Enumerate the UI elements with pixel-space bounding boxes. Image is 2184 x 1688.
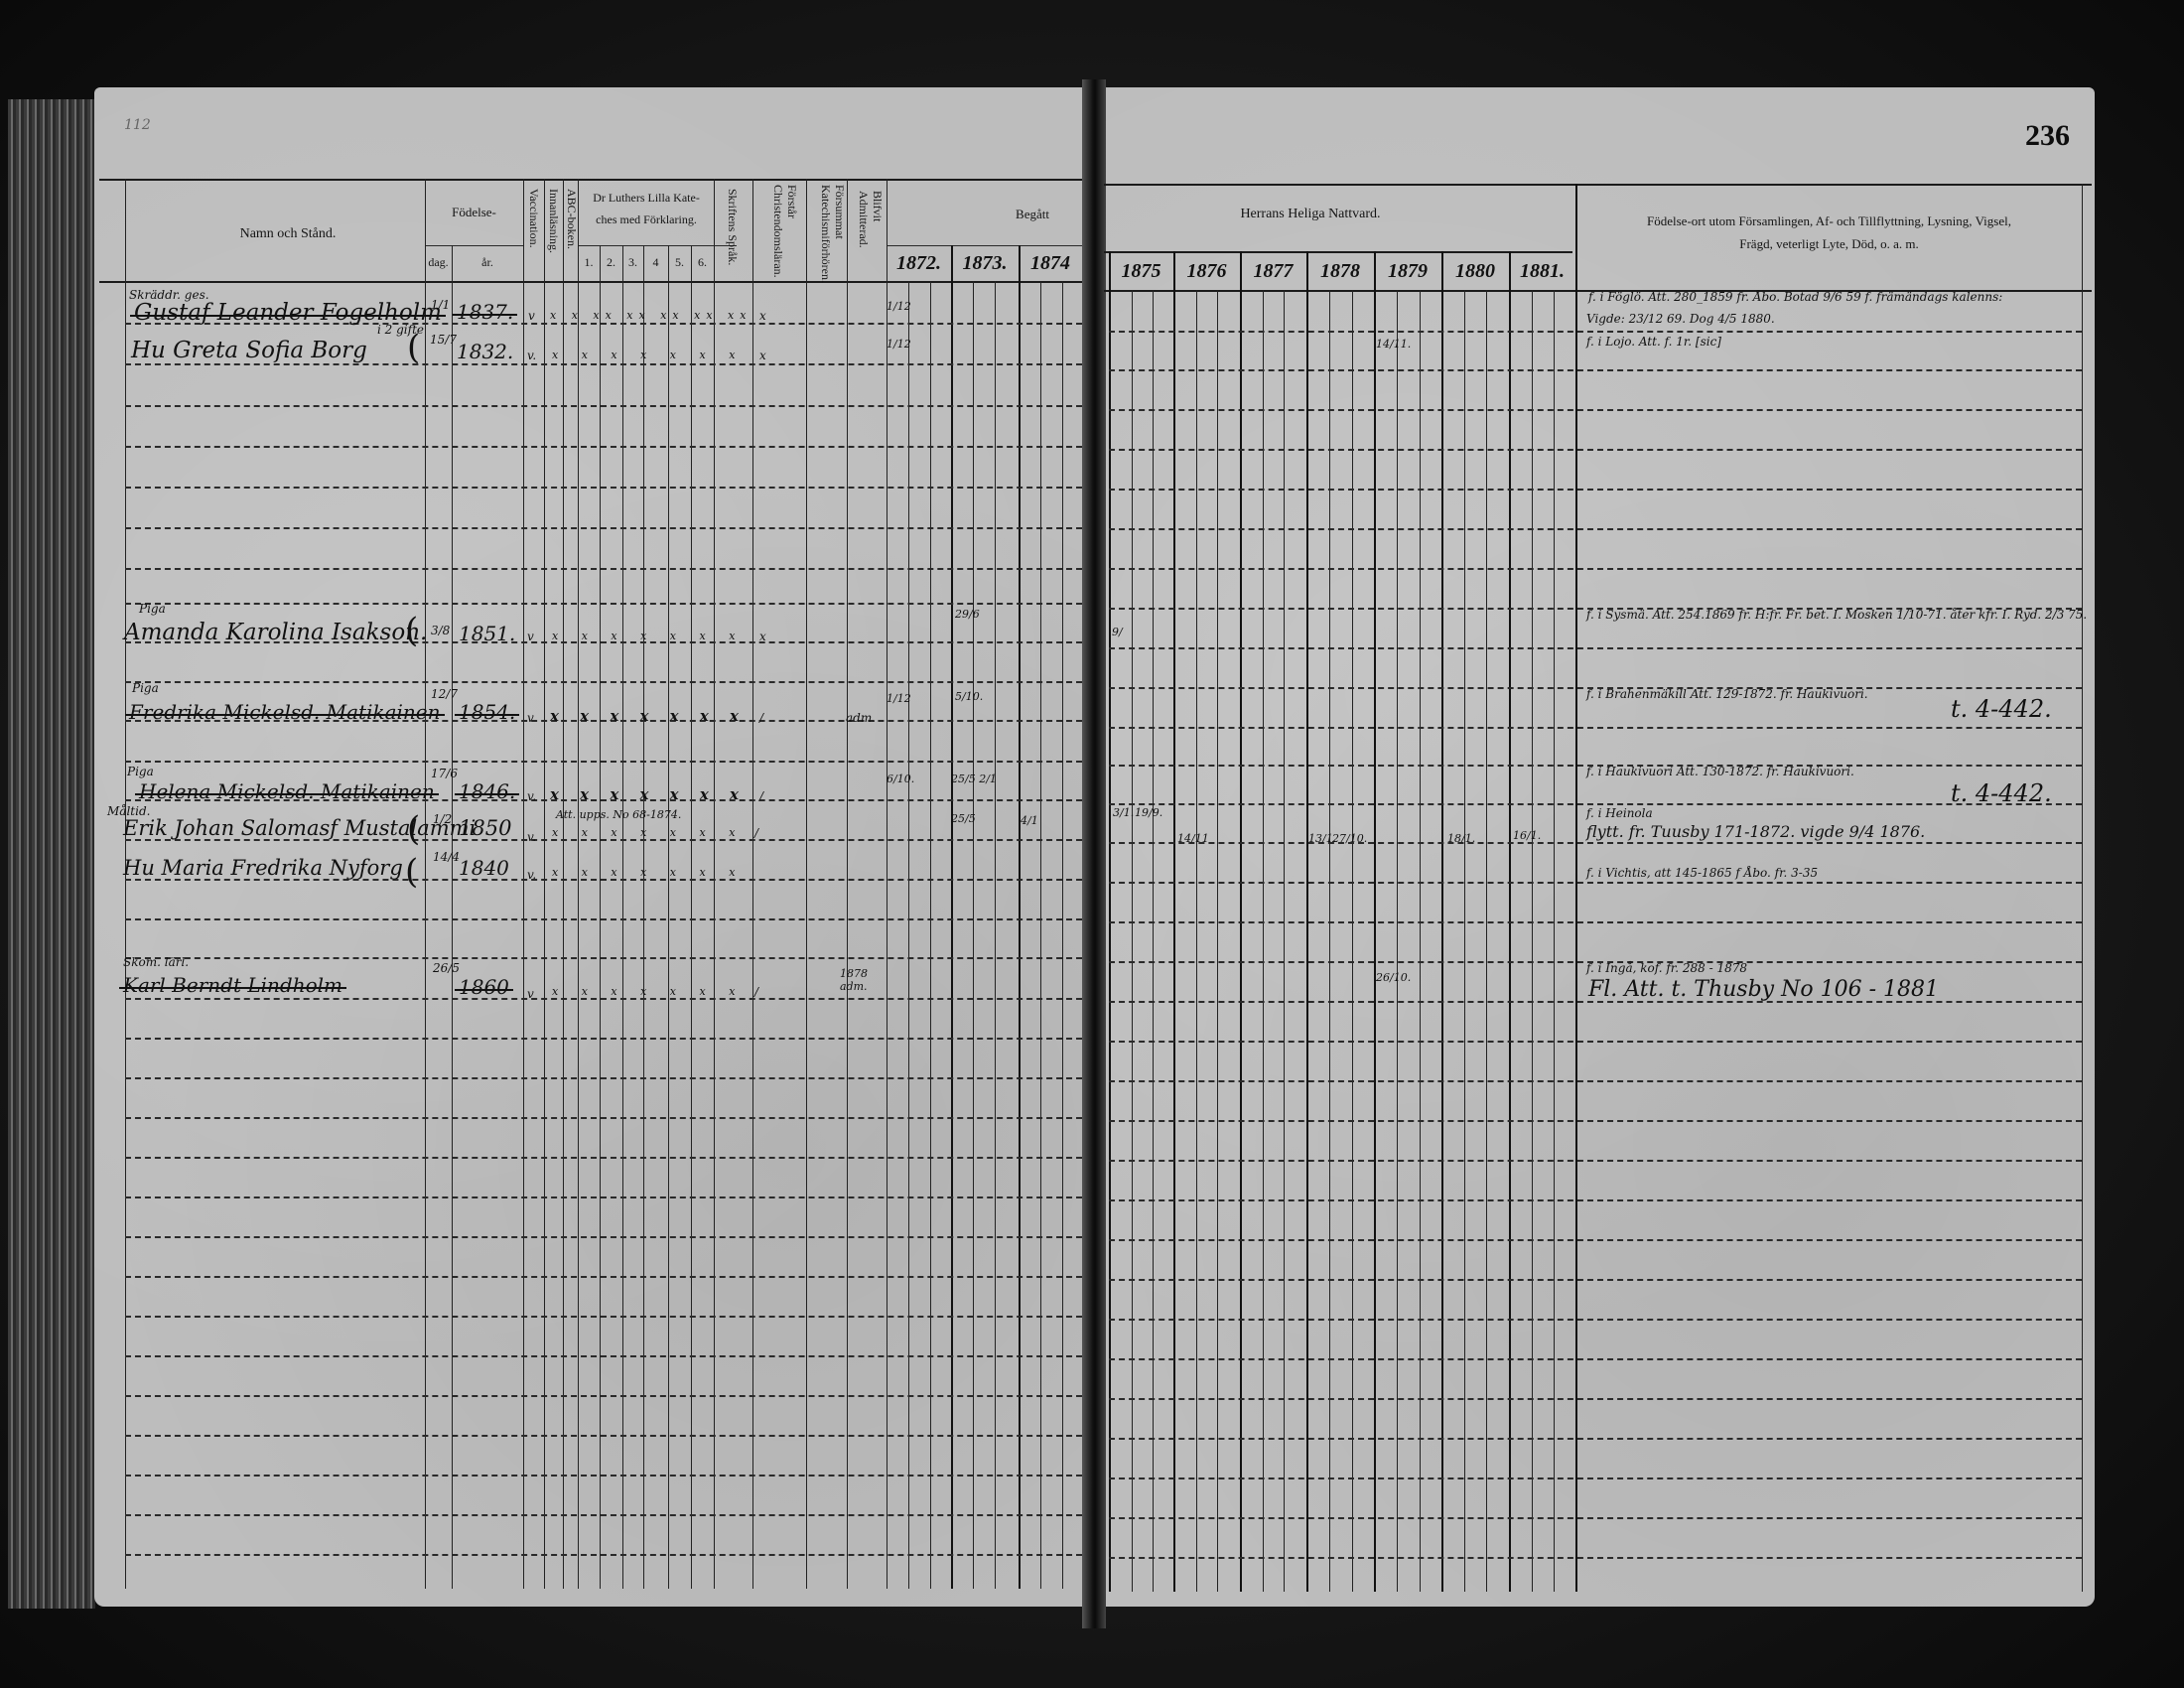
entry-name: Erik Johan Salomasf Mustalammi (123, 816, 476, 840)
entry-remark-2: flytt. fr. Tuusby 171-1872. vigde 9/4 18… (1586, 822, 1925, 841)
row-rule (125, 1435, 1082, 1437)
entry-communion-1874: 29/6 (955, 608, 980, 621)
entry-admitted: 6/10. (887, 773, 914, 785)
begatt-sub-rule (887, 245, 1082, 246)
row-rule (1109, 1239, 2082, 1241)
year-header-1881: 1881. (1509, 260, 1575, 283)
row-rule (1109, 528, 2082, 530)
page-number: 236 (2025, 119, 2070, 153)
row-rule (1109, 882, 2082, 884)
header-catechism-col: 4 (643, 255, 668, 269)
entry-marks: x x x x x x x (552, 630, 745, 642)
header-vaccination: Vaccination. (526, 189, 540, 278)
entry-scripture: / (754, 985, 758, 999)
row-rule (1109, 803, 2082, 805)
header-admitted: Blifvit Admitterad. (856, 191, 884, 276)
row-rule (1109, 1477, 2082, 1479)
entry-communion-1881: 16/1. (1513, 829, 1541, 842)
row-rule (1109, 449, 2082, 451)
entry-admitted: 1/12 (887, 692, 911, 705)
header-remarks-line2: Frägd, veterligt Lyte, Död, o. a. m. (1578, 236, 2080, 252)
row-rule (1109, 1080, 2082, 1082)
entry-birth-year: 1846. (459, 779, 515, 803)
entry-remark: f. i Föglö. Att. 280_1859 fr. Åbo. Botad… (1588, 290, 2002, 304)
row-rule (1109, 647, 2082, 649)
entry-name: Karl Berndt Lindholm (123, 973, 342, 997)
header-holy-communion: Herrans Heliga Nattvard. (1181, 207, 1439, 223)
entry-vaccination: v (527, 987, 534, 1001)
grid-line (1352, 290, 1353, 1592)
row-rule (1109, 727, 2082, 729)
entry-vaccination: v. (527, 868, 536, 882)
entry-birth-day: 1/2 (433, 812, 452, 826)
grid-line (887, 179, 887, 1589)
row-rule (125, 1276, 1082, 1278)
row-rule (125, 1514, 1082, 1516)
header-name-and-rank: Namn och Stånd. (199, 226, 377, 243)
entry-birth-year: 1860 (459, 975, 509, 999)
grid-line (1554, 290, 1555, 1592)
catechism-sub-rule (578, 245, 737, 246)
entry-scripture: x (759, 630, 766, 643)
entry-missed: adm. (846, 711, 876, 725)
header-understands-christianity: Förstår Christendomsläran. (764, 185, 798, 278)
entry-birth-year: 1854. (459, 700, 515, 724)
row-rule (125, 1395, 1082, 1397)
entry-title: Piga (127, 765, 154, 778)
entry-birth-day: 1/1 (431, 298, 450, 312)
entry-name: Fredrika Mickelsd. Matikainen (129, 700, 441, 724)
entry-scripture: / (759, 789, 763, 803)
bracket-mark: ( (407, 328, 420, 367)
row-rule (1109, 1279, 2082, 1281)
entry-birth-day: 14/4 (433, 850, 460, 864)
header-catechism-col: 3. (622, 255, 643, 269)
header-catechism-line2: ches med Förklaring. (579, 212, 714, 226)
year-header-1872: 1872. (887, 252, 951, 275)
row-rule (125, 527, 1082, 529)
entry-vaccination: v. (527, 830, 536, 844)
grid-line (1329, 290, 1330, 1592)
entry-birth-year: 1832. (457, 340, 513, 363)
row-rule (1109, 409, 2082, 411)
grid-line (1486, 290, 1487, 1592)
row-rule (125, 1157, 1082, 1159)
row-rule (1109, 1517, 2082, 1519)
row-rule (1109, 1438, 2082, 1440)
header-begatt: Begått (1003, 207, 1062, 222)
grid-line (578, 179, 579, 1589)
row-rule (1109, 1398, 2082, 1400)
header-birth-year: år. (452, 255, 523, 269)
grid-line (544, 179, 545, 1589)
entry-communion-1874: 25/5 2/1 (951, 773, 997, 785)
row-rule (125, 1196, 1082, 1198)
row-rule (125, 1355, 1082, 1357)
entry-title: Piga (139, 602, 166, 616)
entry-remark: f. i Heinola (1586, 806, 1653, 820)
header-top-rule (1104, 184, 2092, 186)
row-rule (125, 1236, 1082, 1238)
entry-missed: 1878 adm. (840, 967, 884, 993)
entry-remark-reference: t. 4-442. (1951, 695, 2052, 723)
grid-line (1153, 290, 1154, 1592)
entry-communion-1874: 5/10. (955, 690, 983, 703)
row-rule (125, 446, 1082, 448)
grid-line (1263, 290, 1264, 1592)
grid-line (908, 281, 909, 1589)
row-rule (125, 681, 1082, 683)
row-rule (125, 405, 1082, 407)
row-rule (1109, 1319, 2082, 1321)
row-rule (125, 1554, 1082, 1556)
header-missed-catechism: Försummat Katechismiförhören. (816, 185, 846, 278)
entry-birth-day: 15/7 (430, 333, 457, 347)
entry-birth-day: 17/6 (431, 767, 458, 780)
entry-marks: x x x x x x x (552, 985, 745, 998)
grid-line (930, 281, 931, 1589)
grid-line (523, 179, 524, 1589)
entry-title: Skom. lärl. (123, 955, 189, 969)
grid-line (1397, 290, 1398, 1592)
header-catechism-col: 5. (668, 255, 691, 269)
row-rule (125, 568, 1082, 570)
entry-marks: x x x x x x x (552, 349, 745, 361)
row-rule (125, 761, 1082, 763)
row-rule (1109, 1358, 2082, 1360)
header-remarks-line1: Födelse-ort utom Församlingen, Af- och T… (1578, 213, 2080, 229)
grid-line (2082, 184, 2083, 1592)
corner-mark: 112 (124, 117, 151, 133)
row-rule (1109, 921, 2082, 923)
grid-line (563, 179, 564, 1589)
row-rule (1109, 1199, 2082, 1201)
row-rule (1109, 1041, 2082, 1043)
entry-title: Piga (132, 681, 159, 695)
entry-remark: f. i Haukivuori Att. 130-1872. fr. Hauki… (1586, 765, 1854, 778)
entry-marks: x x x x x x x (550, 785, 747, 803)
entry-vaccination: v (527, 630, 534, 643)
entry-vaccination: v (528, 309, 535, 323)
row-rule (125, 1038, 1082, 1040)
row-rule (125, 918, 1082, 920)
book-gutter (1082, 79, 1106, 1628)
year-header-1873: 1873. (951, 252, 1019, 275)
entry-scripture: x (759, 309, 766, 323)
row-rule (1109, 1120, 2082, 1122)
grid-line (1217, 290, 1218, 1592)
entry-remark: Vigde: 23/12 69. Dog 4/5 1880. (1586, 312, 1775, 326)
row-rule (125, 1077, 1082, 1079)
header-catechism-col: 6. (691, 255, 714, 269)
header-birth: Födelse- (425, 205, 523, 220)
entry-scripture: / (759, 711, 763, 725)
entry-vaccination: v. (527, 789, 536, 803)
entry-marks: x x x x x x x (552, 866, 745, 879)
year-header-1874: 1874 (1019, 252, 1082, 275)
entry-communion-1879: 26/10. (1376, 971, 1411, 984)
row-rule (1109, 369, 2082, 371)
header-reading: Innanläsning. (546, 189, 560, 278)
row-rule (1109, 842, 2082, 844)
entry-communion-1874b: 4/1 (1021, 814, 1038, 827)
row-rule (125, 1117, 1082, 1119)
header-abc-book: ABC-boken. (564, 189, 578, 278)
grid-line (1420, 290, 1421, 1592)
entry-communion-1875: 9/ (1112, 626, 1123, 638)
entry-admitted: 1/12 (887, 300, 911, 313)
grid-line (1532, 290, 1533, 1592)
grid-line (1132, 290, 1133, 1592)
grid-line (1040, 281, 1041, 1589)
entry-communion-1875b: 19/9. (1135, 806, 1162, 819)
header-bottom-rule (99, 281, 1082, 283)
row-rule (1109, 568, 2082, 570)
entry-vaccination: v. (527, 349, 536, 362)
year-header-1877: 1877 (1240, 260, 1306, 283)
entry-communion-1875: 3/1. (1113, 806, 1134, 819)
row-rule (125, 1475, 1082, 1477)
row-rule (1109, 489, 2082, 491)
entry-birth-day: 3/8 (431, 624, 450, 637)
entry-remark-2: f. i Lojo. Att. f. 1r. [sic] (1586, 335, 1721, 349)
entry-remark: f. i Sysmä. Att. 254.1869 fr. H:fr. Fr. … (1586, 608, 2087, 622)
year-header-1875: 1875 (1109, 260, 1173, 283)
entry-name: Helena Mickelsd. Matikainen (139, 779, 435, 803)
entry-name: Hu Maria Fredrika Nyforg (123, 856, 403, 880)
grid-line (973, 281, 974, 1589)
entry-admitted: 1/12 (887, 338, 911, 351)
entry-name: Amanda Karolina Isakson. (124, 620, 427, 645)
birth-sub-rule (425, 245, 523, 246)
entry-marks: x x x x x x x (550, 707, 747, 725)
entry-remark: f. i Ingå, kof. fr. 288 - 1878 (1586, 961, 1747, 975)
entry-remark: f. i Vichtis, att 145-1865 f Åbo. fr. 3-… (1586, 866, 1818, 880)
grid-line (1062, 281, 1063, 1589)
row-rule (1109, 1557, 2082, 1559)
row-rule (125, 998, 1082, 1000)
entry-birth-year: 1837. (457, 300, 513, 324)
grid-line (847, 179, 848, 1589)
grid-line (714, 179, 715, 1589)
year-header-1878: 1878 (1306, 260, 1374, 283)
grid-line (752, 179, 753, 1589)
entry-scripture: x (759, 349, 766, 362)
row-rule (1109, 1160, 2082, 1162)
row-rule (125, 957, 1082, 959)
entry-vaccination: v (527, 711, 534, 725)
grid-line (125, 179, 126, 1589)
header-catechism-line1: Dr Luthers Lilla Kate- (579, 191, 714, 205)
header-catechism-col: 2. (600, 255, 622, 269)
row-rule (125, 1316, 1082, 1318)
entry-communion-1878: 14/11. (1376, 338, 1411, 351)
grid-line (806, 179, 807, 1589)
header-top-rule (99, 179, 1082, 181)
entry-marks: x x xx xx xx xx xx (550, 309, 751, 322)
header-scripture: Skriftens Språk. (725, 189, 739, 278)
grid-line (1284, 290, 1285, 1592)
entry-communion-1878b: 27/10. (1332, 832, 1367, 845)
entry-communion-1874: 25/5 (951, 812, 976, 825)
entry-birth-year: 1840 (459, 856, 509, 880)
bracket-mark: ( (405, 611, 418, 650)
year-header-1879: 1879 (1374, 260, 1441, 283)
entry-communion-1876: 14/11 (1177, 832, 1209, 845)
book-page-edges (8, 99, 95, 1609)
entry-communion-1880: 18/1. (1447, 832, 1475, 845)
grid-line (1464, 290, 1465, 1592)
entry-birth-year: 1850 (459, 816, 511, 840)
row-rule (125, 363, 1082, 365)
row-rule (1109, 331, 2082, 333)
entry-remark-2: Fl. Att. t. Thusby No 106 - 1881 (1588, 977, 1939, 1002)
entry-remark: f. i Brahenmäkill Att. 129-1872. fr. Hau… (1586, 687, 1868, 701)
bracket-mark: ( (405, 852, 418, 892)
grid-line (1196, 290, 1197, 1592)
entry-name: Hu Greta Sofia Borg (131, 338, 367, 363)
grid-line (425, 179, 426, 1589)
row-rule (125, 603, 1082, 605)
year-header-1876: 1876 (1173, 260, 1240, 283)
year-header-1880: 1880 (1441, 260, 1509, 283)
entry-scripture: / (754, 826, 758, 840)
bracket-mark: ( (407, 809, 420, 849)
entry-birth-year: 1851. (459, 622, 515, 645)
header-birth-day: dag. (425, 255, 452, 269)
header-catechism-col: 1. (578, 255, 600, 269)
entry-birth-day: 12/7 (431, 687, 458, 701)
entry-birth-day: 26/5 (433, 961, 460, 975)
entry-marks: x x x x x x x (552, 826, 745, 839)
entry-marks-note: Att. upps. No 68-1874. (556, 808, 681, 821)
grid-line (995, 281, 996, 1589)
row-rule (125, 487, 1082, 489)
entry-remark-reference: t. 4-442. (1951, 779, 2052, 807)
grid-line (1575, 184, 1577, 1592)
